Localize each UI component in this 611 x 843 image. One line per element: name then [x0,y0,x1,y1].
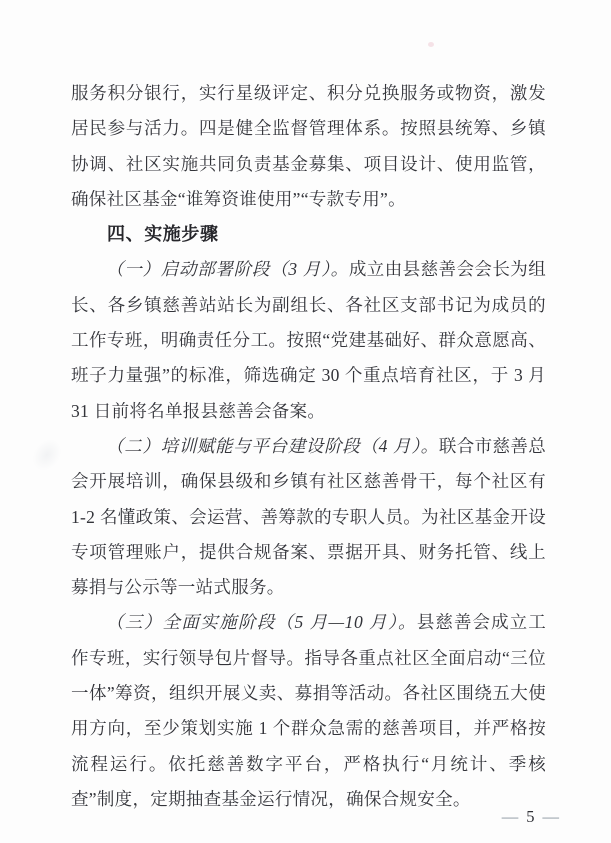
scan-artifact-speck [428,42,434,47]
paragraph-stage-3: （三）全面实施阶段（5 月—10 月）。县慈善会成立工作专班，实行领导包片督导。… [71,605,546,817]
scan-artifact-smudge [27,434,68,477]
page-number-value: 5 [520,807,542,826]
paragraph-continuation: 服务积分银行，实行星级评定、积分兑换服务或物资，激发居民参与活力。四是健全监督管… [71,76,546,217]
paragraph-stage-2: （二）培训赋能与平台建设阶段（4 月）。联合市慈善总会开展培训，确保县级和乡镇有… [71,429,546,605]
stage-1-title: （一）启动部署阶段（3 月）。 [106,259,349,279]
stage-2-title: （二）培训赋能与平台建设阶段（4 月）。 [106,436,439,456]
stage-3-text: 县慈善会成立工作专班，实行领导包片督导。指导各重点社区全面启动“三位一体”筹资，… [71,612,546,808]
page-number: —5— [502,807,561,827]
stage-1-text: 成立由县慈善会会长为组长、各乡镇慈善站站长为副组长、各社区支部书记为成员的工作专… [71,259,546,420]
paragraph-stage-1: （一）启动部署阶段（3 月）。成立由县慈善会会长为组长、各乡镇慈善站站长为副组长… [71,252,546,428]
page-number-dash-right: — [543,807,562,826]
stage-3-title: （三）全面实施阶段（5 月—10 月）。 [106,612,417,632]
page-number-dash-left: — [502,807,521,826]
scanned-document-page: 服务积分银行，实行星级评定、积分兑换服务或物资，激发居民参与活力。四是健全监督管… [0,0,611,843]
section-heading: 四、实施步骤 [71,217,546,252]
document-body: 服务积分银行，实行星级评定、积分兑换服务或物资，激发居民参与活力。四是健全监督管… [71,76,546,817]
stage-2-text: 联合市慈善总会开展培训，确保县级和乡镇有社区慈善骨干，每个社区有 1-2 名懂政… [71,436,546,597]
